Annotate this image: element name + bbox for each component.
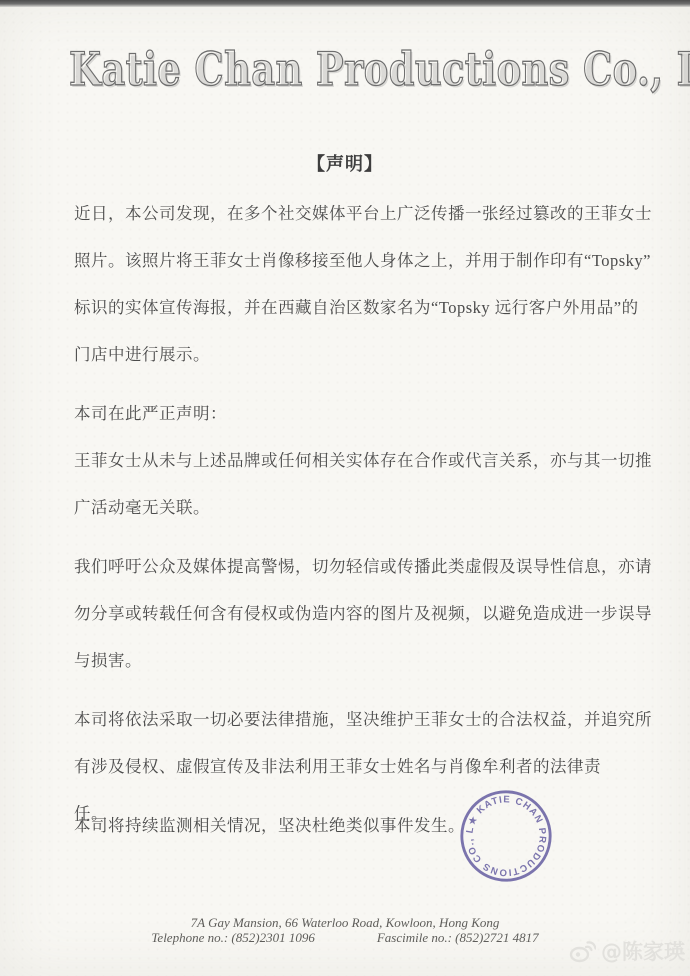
paragraph-declaration: 本司在此严正声明： 王菲女士从未与上述品牌或任何相关实体存在合作或代言关系，亦与… [74, 390, 620, 531]
body-line: 我们呼吁公众及媒体提高警惕，切勿轻信或传播此类虚假及误导性信息，亦请 [74, 543, 620, 590]
paragraph-discovery: 近日，本公司发现，在多个社交媒体平台上广泛传播一张经过篡改的王菲女士 照片。该照… [74, 190, 620, 378]
photo-top-edge [0, 0, 690, 7]
body-line: 有涉及侵权、虚假宣传及非法利用王菲女士姓名与肖像牟利者的法律责任。 [74, 743, 620, 790]
body-line: 标识的实体宣传海报，并在西藏自治区数家名为“Topsky 远行客户外用品”的 [74, 284, 620, 331]
statement-heading: 【声明】 [0, 150, 690, 176]
body-line: 本司将依法采取一切必要法律措施，坚决维护王菲女士的合法权益，并追究所 [74, 696, 620, 743]
footer-address: 7A Gay Mansion, 66 Waterloo Road, Kowloo… [0, 916, 690, 930]
statement-document: Katie Chan Productions Co., Ltd 【声明】 近日，… [0, 0, 690, 976]
footer-facsimile: Fascimile no.: (852)2721 4817 [377, 931, 539, 945]
paragraph-legal-action: 本司将依法采取一切必要法律措施，坚决维护王菲女士的合法权益，并追究所 有涉及侵权… [74, 696, 620, 790]
body-line: 广活动毫无关联。 [74, 484, 620, 531]
body-line: 勿分享或转载任何含有侵权或伪造内容的图片及视频，以避免造成进一步误导 [74, 590, 620, 637]
paragraph-appeal: 我们呼吁公众及媒体提高警惕，切勿轻信或传播此类虚假及误导性信息，亦请 勿分享或转… [74, 543, 620, 684]
weibo-logo-icon [569, 940, 596, 963]
body-line: 近日，本公司发现，在多个社交媒体平台上广泛传播一张经过篡改的王菲女士 [74, 190, 620, 237]
body-line: 门店中进行展示。 [74, 331, 620, 378]
body-line: 与损害。 [74, 637, 620, 684]
body-line: 王菲女士从未与上述品牌或任何相关实体存在合作或代言关系，亦与其一切推 [74, 437, 620, 484]
weibo-watermark: @陈家瑛 [569, 936, 685, 966]
body-line: 照片。该照片将王菲女士肖像移接至他人身体之上，并用于制作印有“Topsky” [74, 237, 620, 284]
company-title: Katie Chan Productions Co., Ltd [69, 42, 621, 96]
statement-body: 近日，本公司发现，在多个社交媒体平台上广泛传播一张经过篡改的王菲女士 照片。该照… [74, 190, 620, 849]
weibo-handle: @陈家瑛 [601, 936, 685, 966]
footer-telephone: Telephone no.: (852)2301 1096 [151, 931, 314, 945]
body-line: 本司在此严正声明： [74, 390, 620, 437]
